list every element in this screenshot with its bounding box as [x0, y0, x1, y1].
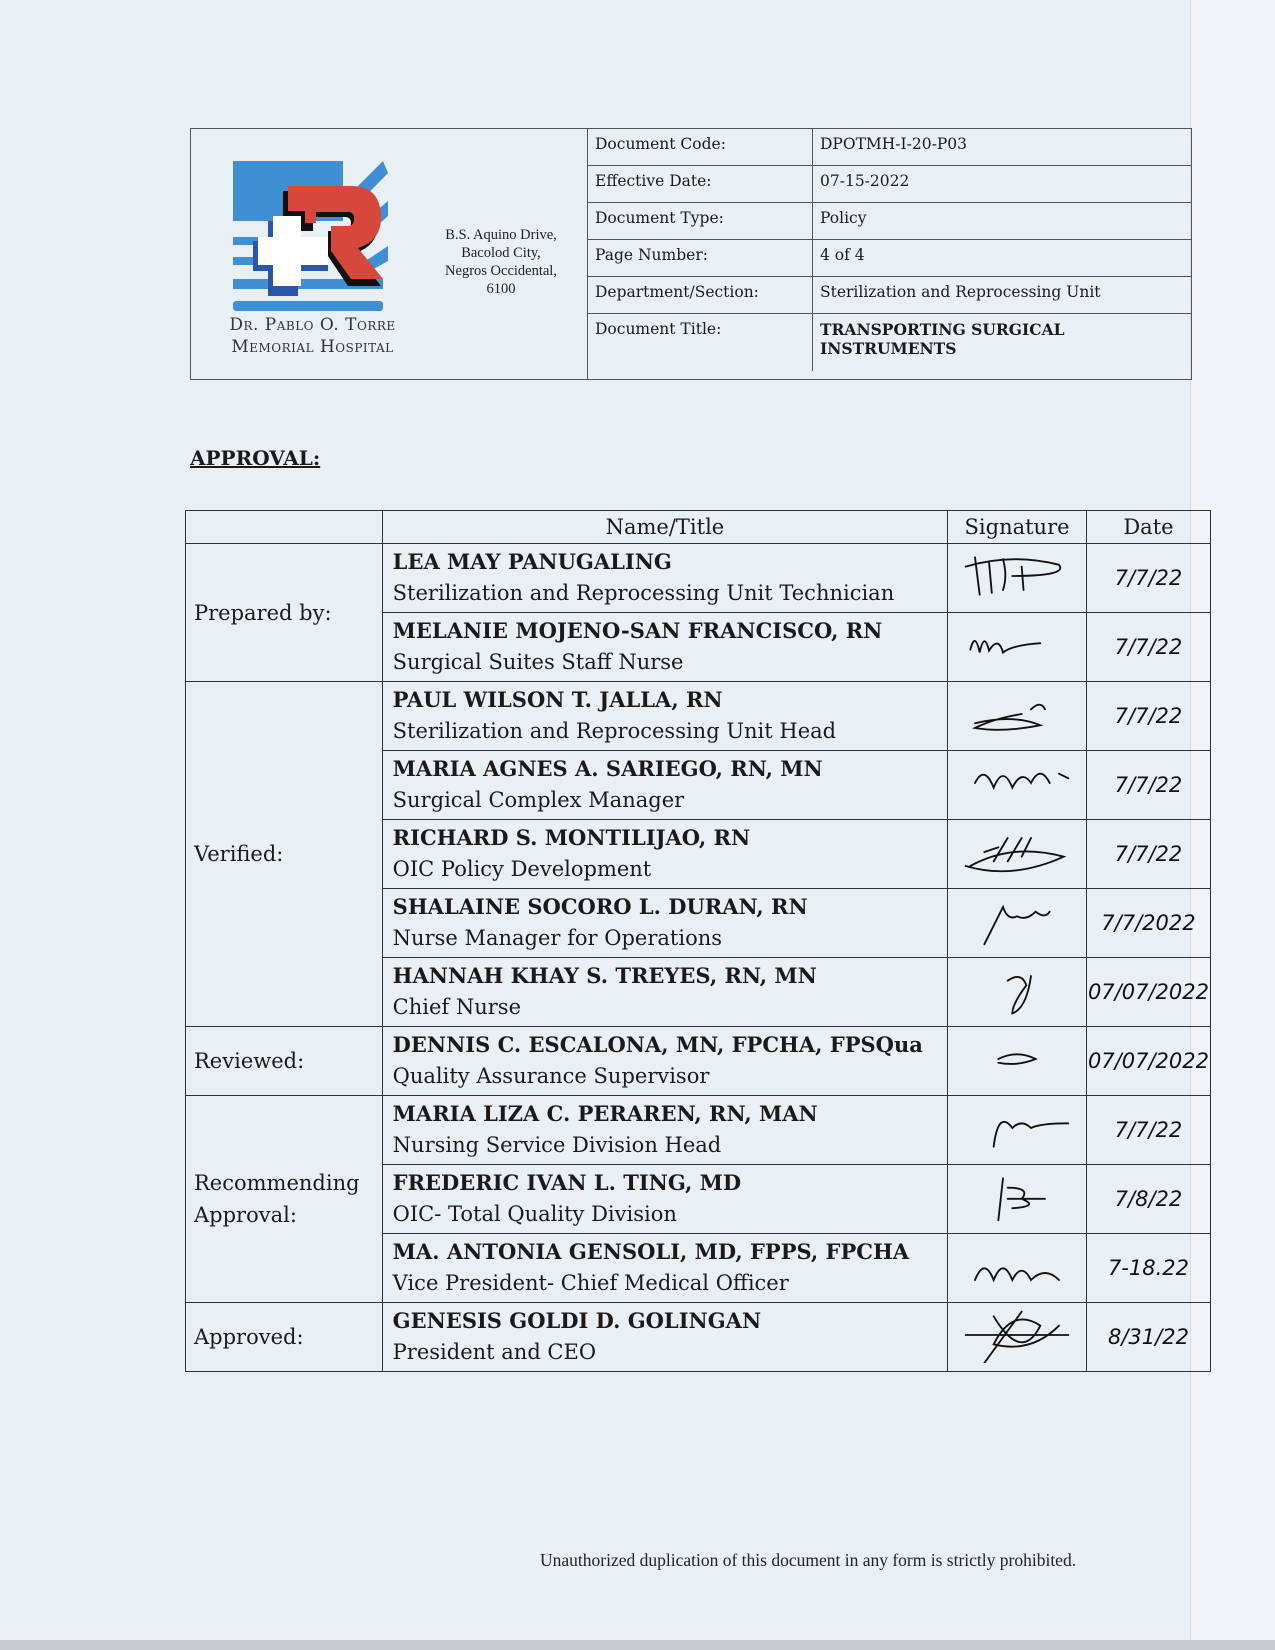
approver-title: Nurse Manager for Operations [393, 923, 938, 953]
signature-date: 7/7/22 [1086, 544, 1210, 613]
effective-date: 07-15-2022 [813, 166, 1192, 203]
approval-heading: APPROVAL: [190, 446, 320, 470]
signature-cell [948, 820, 1087, 889]
approver-name-title: GENESIS GOLDI D. GOLINGANPresident and C… [382, 1303, 948, 1372]
approval-role: Approved: [186, 1303, 383, 1372]
approver-name: MA. ANTONIA GENSOLI, MD, FPPS, FPCHA [393, 1236, 938, 1268]
handwritten-signature-icon [952, 1100, 1082, 1156]
address-line: B.S. Aquino Drive, [421, 226, 581, 244]
metadata-row: Document Title:TRANSPORTING SURGICAL INS… [588, 314, 1192, 372]
hospital-name: Dr. Pablo O. Torre Memorial Hospital [205, 314, 420, 358]
signature-cell [948, 1165, 1087, 1234]
signature-date: 7/8/22 [1086, 1165, 1210, 1234]
approver-title: Sterilization and Reprocessing Unit Tech… [393, 578, 938, 608]
hospital-branding: Dr. Pablo O. Torre Memorial Hospital B.S… [191, 129, 588, 379]
signature-date: 7/7/2022 [1086, 889, 1210, 958]
approval-row: Approved:GENESIS GOLDI D. GOLINGANPresid… [186, 1303, 1211, 1372]
hospital-name-line2: Memorial Hospital [205, 336, 420, 358]
column-header-signature: Signature [948, 511, 1087, 544]
footer-notice: Unauthorized duplication of this documen… [540, 1550, 1076, 1571]
signature-cell [948, 889, 1087, 958]
signature-cell [948, 682, 1087, 751]
approver-name-title: RICHARD S. MONTILIJAO, RNOIC Policy Deve… [382, 820, 948, 889]
handwritten-signature-icon [952, 824, 1082, 880]
approval-table-header: Name/Title Signature Date [186, 511, 1211, 544]
approver-title: Vice President- Chief Medical Officer [393, 1268, 938, 1298]
signature-date: 7/7/22 [1086, 613, 1210, 682]
column-header-role [186, 511, 383, 544]
approver-name: SHALAINE SOCORO L. DURAN, RN [393, 891, 938, 923]
approver-title: OIC- Total Quality Division [393, 1199, 938, 1229]
approver-name-title: MARIA LIZA C. PERAREN, RN, MANNursing Se… [382, 1096, 948, 1165]
handwritten-signature-icon [952, 1169, 1082, 1225]
signature-date: 7/7/22 [1086, 1096, 1210, 1165]
metadata-row: Document Code:DPOTMH-I-20-P03 [588, 129, 1192, 166]
approver-name: FREDERIC IVAN L. TING, MD [393, 1167, 938, 1199]
metadata-row: Department/Section:Sterilization and Rep… [588, 277, 1192, 314]
approver-name-title: MA. ANTONIA GENSOLI, MD, FPPS, FPCHAVice… [382, 1234, 948, 1303]
signature-date: 7-18.22 [1086, 1234, 1210, 1303]
signature-cell [948, 613, 1087, 682]
approver-title: President and CEO [393, 1337, 938, 1367]
hospital-logo-icon [233, 161, 388, 311]
handwritten-signature-icon [952, 1238, 1082, 1294]
approver-title: Surgical Complex Manager [393, 785, 938, 815]
approval-row: Reviewed:DENNIS C. ESCALONA, MN, FPCHA, … [186, 1027, 1211, 1096]
metadata-row: Page Number:4 of 4 [588, 240, 1192, 277]
handwritten-signature-icon [952, 1307, 1082, 1363]
approval-role: Prepared by: [186, 544, 383, 682]
department-section: Sterilization and Reprocessing Unit [813, 277, 1192, 314]
approver-name-title: MARIA AGNES A. SARIEGO, RN, MNSurgical C… [382, 751, 948, 820]
signature-date: 7/7/22 [1086, 751, 1210, 820]
handwritten-signature-icon [952, 893, 1082, 949]
field-label: Page Number: [588, 240, 813, 277]
hospital-address: B.S. Aquino Drive, Bacolod City, Negros … [421, 226, 581, 298]
approver-title: Quality Assurance Supervisor [393, 1061, 938, 1091]
signature-date: 7/7/22 [1086, 682, 1210, 751]
handwritten-signature-icon [952, 755, 1082, 811]
signature-date: 07/07/2022 [1086, 958, 1210, 1027]
handwritten-signature-icon [952, 962, 1082, 1018]
field-label: Document Code: [588, 129, 813, 166]
document-code: DPOTMH-I-20-P03 [813, 129, 1192, 166]
signature-cell [948, 1303, 1087, 1372]
metadata-row: Effective Date:07-15-2022 [588, 166, 1192, 203]
metadata-row: Document Type:Policy [588, 203, 1192, 240]
signature-cell [948, 751, 1087, 820]
page-bottom-edge [0, 1640, 1275, 1650]
document-header: Dr. Pablo O. Torre Memorial Hospital B.S… [190, 128, 1192, 380]
approver-name: RICHARD S. MONTILIJAO, RN [393, 822, 938, 854]
approver-name: PAUL WILSON T. JALLA, RN [393, 684, 938, 716]
signature-cell [948, 1096, 1087, 1165]
signature-date: 7/7/22 [1086, 820, 1210, 889]
handwritten-signature-icon [952, 686, 1082, 742]
page-number: 4 of 4 [813, 240, 1192, 277]
approver-name: MELANIE MOJENO-SAN FRANCISCO, RN [393, 615, 938, 647]
handwritten-signature-icon [952, 548, 1082, 604]
approver-title: OIC Policy Development [393, 854, 938, 884]
approval-role: Reviewed: [186, 1027, 383, 1096]
field-label: Document Type: [588, 203, 813, 240]
document-title: TRANSPORTING SURGICAL INSTRUMENTS [813, 314, 1192, 372]
signature-cell [948, 544, 1087, 613]
approver-title: Surgical Suites Staff Nurse [393, 647, 938, 677]
address-line: Bacolod City, [421, 244, 581, 262]
approval-row: Recommending Approval:MARIA LIZA C. PERA… [186, 1096, 1211, 1165]
signature-date: 8/31/22 [1086, 1303, 1210, 1372]
approver-title: Nursing Service Division Head [393, 1130, 938, 1160]
approval-row: Prepared by:LEA MAY PANUGALINGSterilizat… [186, 544, 1211, 613]
field-label: Document Title: [588, 314, 813, 372]
approval-row: Verified:PAUL WILSON T. JALLA, RNSterili… [186, 682, 1211, 751]
column-header-date: Date [1086, 511, 1210, 544]
handwritten-signature-icon [952, 617, 1082, 673]
hospital-name-line1: Dr. Pablo O. Torre [205, 314, 420, 336]
approver-title: Sterilization and Reprocessing Unit Head [393, 716, 938, 746]
approval-role: Verified: [186, 682, 383, 1027]
address-line: Negros Occidental, [421, 262, 581, 280]
approver-name-title: SHALAINE SOCORO L. DURAN, RNNurse Manage… [382, 889, 948, 958]
signature-cell [948, 958, 1087, 1027]
column-header-name-title: Name/Title [382, 511, 948, 544]
approver-name-title: HANNAH KHAY S. TREYES, RN, MNChief Nurse [382, 958, 948, 1027]
approver-name: MARIA LIZA C. PERAREN, RN, MAN [393, 1098, 938, 1130]
approver-name-title: DENNIS C. ESCALONA, MN, FPCHA, FPSQuaQua… [382, 1027, 948, 1096]
approver-name: HANNAH KHAY S. TREYES, RN, MN [393, 960, 938, 992]
approver-name-title: MELANIE MOJENO-SAN FRANCISCO, RNSurgical… [382, 613, 948, 682]
approver-name-title: LEA MAY PANUGALINGSterilization and Repr… [382, 544, 948, 613]
document-metadata-table: Document Code:DPOTMH-I-20-P03 Effective … [587, 129, 1191, 371]
approver-name: GENESIS GOLDI D. GOLINGAN [393, 1305, 938, 1337]
signature-cell [948, 1027, 1087, 1096]
approver-name: DENNIS C. ESCALONA, MN, FPCHA, FPSQua [393, 1029, 938, 1061]
approval-role: Recommending Approval: [186, 1096, 383, 1303]
signature-cell [948, 1234, 1087, 1303]
field-label: Effective Date: [588, 166, 813, 203]
field-label: Department/Section: [588, 277, 813, 314]
document-type: Policy [813, 203, 1192, 240]
approver-name: LEA MAY PANUGALING [393, 546, 938, 578]
approver-name-title: FREDERIC IVAN L. TING, MDOIC- Total Qual… [382, 1165, 948, 1234]
address-line: 6100 [421, 280, 581, 298]
approver-name: MARIA AGNES A. SARIEGO, RN, MN [393, 753, 938, 785]
signature-date: 07/07/2022 [1086, 1027, 1210, 1096]
approver-name-title: PAUL WILSON T. JALLA, RNSterilization an… [382, 682, 948, 751]
handwritten-signature-icon [952, 1031, 1082, 1087]
approver-title: Chief Nurse [393, 992, 938, 1022]
approval-table: Name/Title Signature Date Prepared by:LE… [185, 510, 1211, 1372]
